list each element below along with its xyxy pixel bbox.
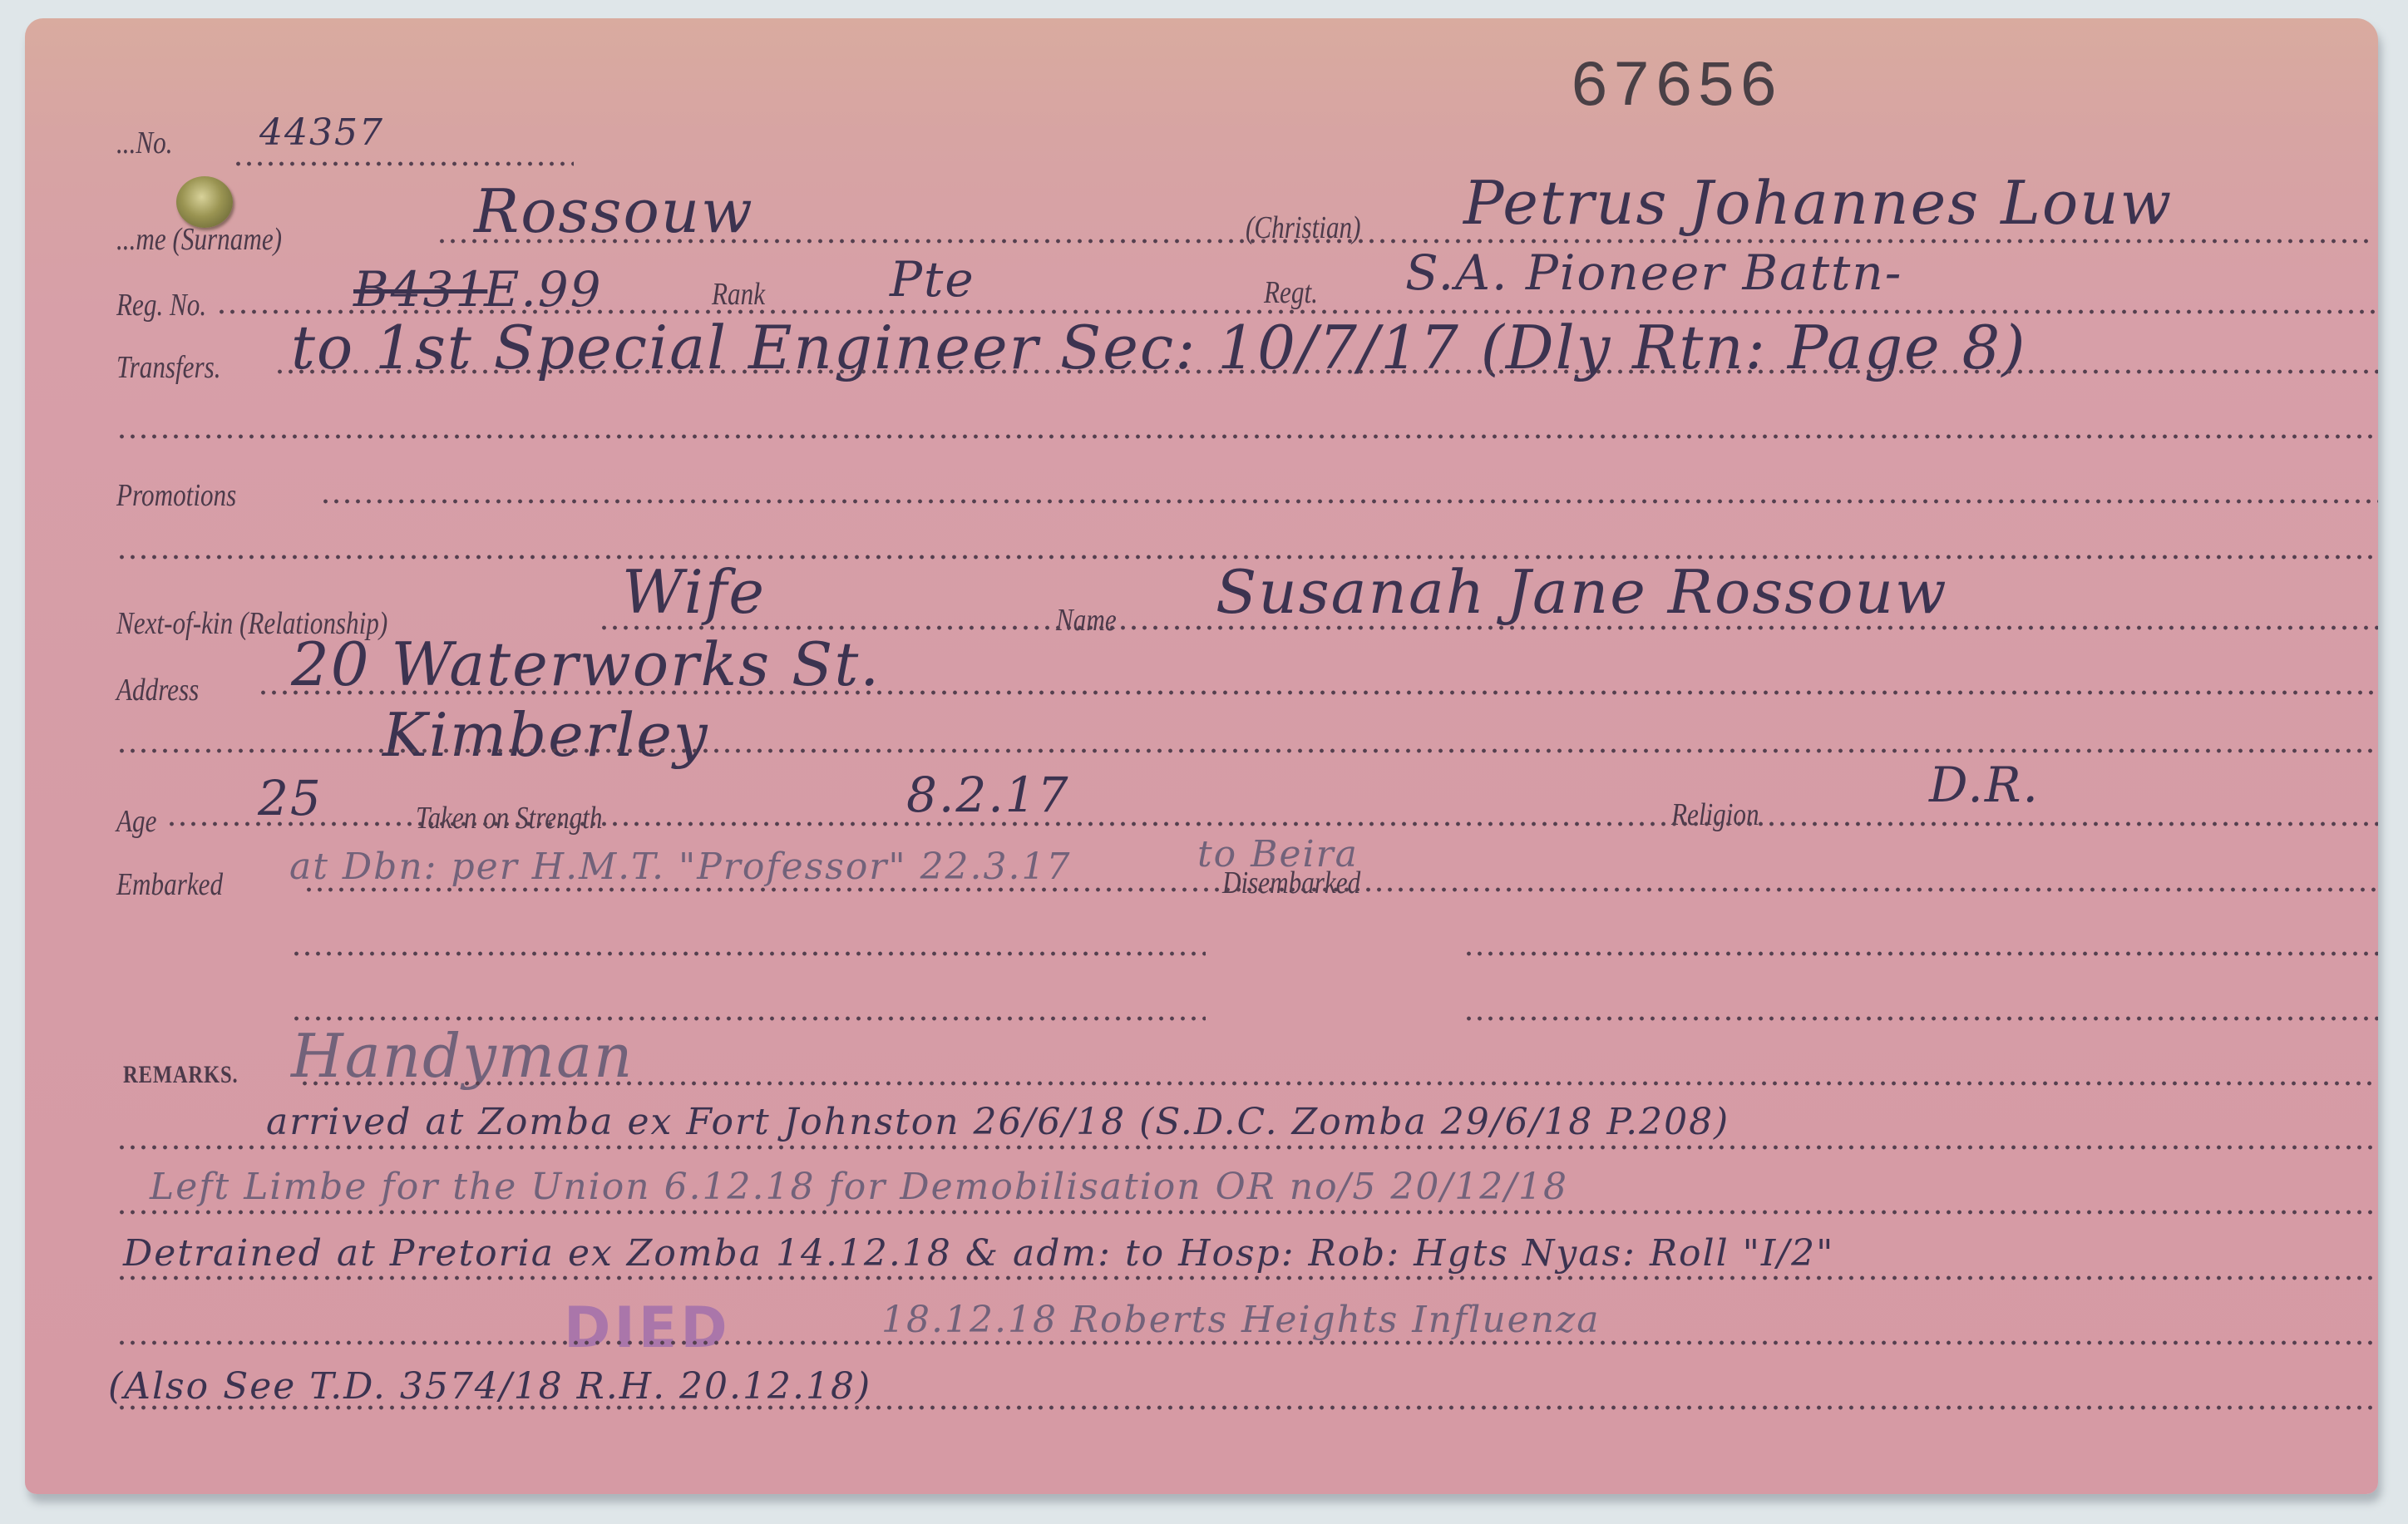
label-rank: Rank xyxy=(712,276,765,313)
label-taken-on-strength: Taken on Strength xyxy=(416,800,602,836)
label-address: Address xyxy=(116,672,199,708)
dotted-line xyxy=(1463,951,2378,956)
dotted-line xyxy=(274,369,2378,374)
label-kin-name: Name xyxy=(1056,602,1117,639)
brass-rivet-icon xyxy=(176,176,233,228)
remark-line-5: 18.12.18 Roberts Heights Influenza xyxy=(881,1299,1600,1341)
dotted-line xyxy=(116,434,2378,439)
label-age: Age xyxy=(116,803,156,840)
value-embarked: at Dbn: per H.M.T. "Professor" 22.3.17 xyxy=(289,846,1072,888)
dotted-line xyxy=(116,1340,2378,1345)
remark-line-4: Detrained at Pretoria ex Zomba 14.12.18 … xyxy=(123,1232,1834,1275)
dotted-line xyxy=(258,690,2378,695)
remark-line-6: (Also See T.D. 3574/18 R.H. 20.12.18) xyxy=(108,1365,871,1408)
dotted-line xyxy=(320,499,2378,504)
value-number: 44357 xyxy=(259,111,384,154)
label-religion: Religion xyxy=(1671,797,1759,833)
label-disembarked: Disembarked xyxy=(1222,865,1360,901)
label-remarks: REMARKS. xyxy=(123,1061,238,1089)
dotted-line xyxy=(116,1405,2378,1410)
value-regt: S.A. Pioneer Battn- xyxy=(1405,244,1902,301)
value-address-line2: Kimberley xyxy=(382,700,709,770)
label-reg-no: Reg. No. xyxy=(116,287,206,323)
label-promotions: Promotions xyxy=(116,477,236,514)
label-embarked: Embarked xyxy=(116,866,223,903)
remark-line-2: arrived at Zomba ex Fort Johnston 26/6/1… xyxy=(266,1101,1730,1143)
dotted-line xyxy=(299,1081,2378,1086)
dotted-line xyxy=(116,1275,2378,1280)
value-surname: Rossouw xyxy=(474,176,754,246)
value-kin-name: Susanah Jane Rossouw xyxy=(1216,557,1948,627)
value-christian-names: Petrus Johannes Louw xyxy=(1463,168,2173,238)
label-surname: ...me (Surname) xyxy=(116,221,282,258)
died-stamp: DIED xyxy=(564,1295,731,1361)
dotted-line xyxy=(116,1145,2378,1150)
label-transfers: Transfers. xyxy=(116,349,221,386)
label-regt: Regt. xyxy=(1264,274,1318,311)
value-rank: Pte xyxy=(890,251,975,308)
dotted-line xyxy=(303,887,2378,892)
label-number: ...No. xyxy=(116,125,173,161)
dotted-line xyxy=(437,239,2374,244)
serial-number: 67656 xyxy=(1570,52,1781,125)
record-card: 67656 ...No. 44357 ...me (Surname) Rosso… xyxy=(25,18,2378,1494)
dotted-line xyxy=(291,951,1206,956)
value-taken-on-strength: 8.2.17 xyxy=(906,767,1069,823)
remark-line-3: Left Limbe for the Union 6.12.18 for Dem… xyxy=(150,1166,1568,1208)
dotted-line xyxy=(1463,1016,2378,1021)
value-religion: D.R. xyxy=(1929,757,2040,813)
value-relationship: Wife xyxy=(622,557,766,627)
dotted-line xyxy=(166,821,2378,826)
dotted-line xyxy=(116,748,2378,753)
value-address-line1: 20 Waterworks St. xyxy=(291,629,881,699)
value-age: 25 xyxy=(258,770,323,826)
dotted-line xyxy=(116,1210,2378,1215)
dotted-line xyxy=(233,161,574,166)
